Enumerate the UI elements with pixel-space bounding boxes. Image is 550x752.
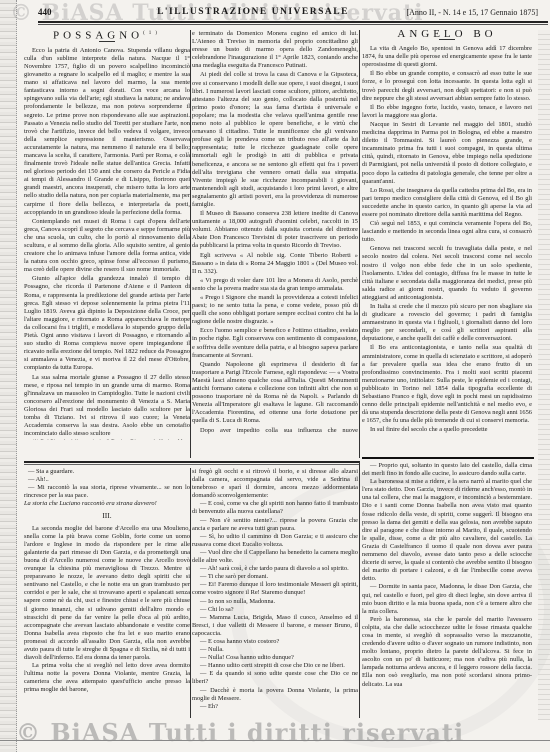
paragraph: Dopo aver impedito colla sua influenza c…: [192, 427, 358, 436]
paragraph: La baronessa si mise a ridere, e la sera…: [362, 478, 532, 583]
dialogue-line: — Ah!..: [24, 476, 190, 484]
dialogue-line: — Vuol dire che il Cappellano ha benedet…: [192, 549, 358, 565]
feuilleton-column-3: — Proprio qui, soltanto in questo lato d…: [362, 462, 532, 718]
paragraph: Ai piedi del colle si trova la casa di C…: [192, 71, 358, 209]
paragraph: Ciò seguì nel 1853, e qui comincia veram…: [362, 220, 532, 244]
dialogue-line: — Proprio qui, soltanto in questo lato d…: [362, 462, 532, 478]
article-title: ANGELO BO: [362, 30, 532, 38]
feuilleton-divider-right: [362, 457, 534, 459]
feuilleton-divider: [24, 461, 360, 463]
paragraph: Ecco la patria di Antonio Canova. Stupen…: [24, 47, 190, 217]
paragraph: Però la baronessa, sia che le parole del…: [362, 616, 532, 689]
chapter-number: III.: [24, 512, 190, 520]
column-rule: [359, 462, 360, 718]
dialogue-line: — Nulla.: [192, 646, 358, 654]
dialogue-line: — Sta a guardare.: [24, 468, 190, 476]
dialogue-line: — E così, come va che gli spiriti non ha…: [192, 500, 358, 516]
page-bottom-edge: [0, 740, 550, 741]
dialogue-line: — Dacchè è morta la povera Donna Violant…: [192, 687, 358, 703]
paragraph: Ecco l'uomo semplice e benefico e l'otti…: [192, 327, 358, 359]
paragraph: « Prego i Signore che mandi la provviden…: [192, 294, 358, 326]
dialogue-line: — E cosa hanno visto costoro?: [192, 638, 358, 646]
book-binding-edge: [0, 0, 17, 752]
dialogue-line: — Nulla! Cosa hanno udito dunque?: [192, 654, 358, 662]
paragraph: Il Museo di Bassano conserva 238 lettere…: [192, 210, 358, 250]
dialogue-line: — Non s'è sentito niente?... riprese la …: [192, 517, 358, 533]
paragraph: Giunto all'apice della grandezza innalzò…: [24, 275, 190, 372]
paragraph: Lo Rossi, che insegnava da quella catted…: [362, 187, 532, 219]
dialogue-line: — Mi raccontò la sua storia, riprese viv…: [24, 484, 190, 500]
paragraph: Genova nei trascorsi secoli fu travaglia…: [362, 245, 532, 302]
paragraph: e terminato da Domenico Monera cugino ed…: [192, 30, 358, 70]
page-number: 440: [38, 7, 78, 17]
masthead: L'ILLUSTRAZIONE UNIVERSALE: [78, 7, 388, 17]
footnote: (1) Dal Ricordo della provincia di Trevi…: [24, 439, 190, 440]
paragraph: Il Bo ebbe ingegno forte, lucido, vasto,…: [362, 104, 532, 120]
header-rule-thin: [38, 24, 548, 25]
feuilleton-column-1: — Sta a guardare. — Ah!.. — Mi raccontò …: [24, 468, 190, 718]
paragraph: « Vi prego di voler dare 101 lire a Mone…: [192, 277, 358, 293]
article-title: POSSAGNO(1): [24, 30, 190, 40]
dialogue-line: — Chi lo sa?: [192, 606, 358, 614]
dialogue-line: — Ah! sarà così, è che tardo paura di di…: [192, 565, 358, 573]
article-possagno-continued: e terminato da Domenico Monera cugino ed…: [192, 30, 358, 435]
article-angelo-bo: ANGELO BO La vita di Angelo Bo, spentosi…: [362, 30, 532, 454]
paragraph: Egli scriveva « Al nobile sig. Conte Tib…: [192, 252, 358, 276]
dialogue-line: — Ei! Faremo dunque il loro testimoniale…: [192, 581, 358, 597]
paragraph: La sua salma mortale giunse a Possagno i…: [24, 374, 190, 439]
watermark: © BiASA Tutti i diritti riservati: [16, 718, 464, 747]
paragraph: La vita di Angelo Bo, spentosi in Genova…: [362, 45, 532, 69]
dialogue-line: — Hanno udito certi strepiti di cose che…: [192, 662, 358, 670]
dialogue-line: — Sì, ho udito il cammino di Don Garzia;…: [192, 533, 358, 549]
dialogue-line: — Io non so nulla, Madonna.: [192, 598, 358, 606]
feuilleton-column-2: si fregò gli occhi e si ritrovò il borio…: [192, 468, 358, 708]
dialogue-line: — Ti che sarò per domani.: [192, 573, 358, 581]
narration-line: La storia che Luciano raccontò era stran…: [24, 500, 190, 508]
paragraph: Contemplando nei musei di Roma i capi d'…: [24, 218, 190, 275]
dialogue-line: — E da quando si sono udite queste cose …: [192, 670, 358, 686]
header-rule: [38, 21, 548, 23]
column-rule: [190, 468, 191, 718]
page-header: 440 L'ILLUSTRAZIONE UNIVERSALE [Anno II,…: [38, 5, 538, 19]
feuilleton-divider-thin: [24, 464, 360, 465]
paragraph: Quando Napoleone gli esprimeva il deside…: [192, 361, 358, 426]
dialogue-line: — Mamma Lucia, Brigida, Maso il cuoco, A…: [192, 614, 358, 638]
article-possagno: POSSAGNO(1) Ecco la patria di Antonio Ca…: [24, 30, 190, 440]
dialogue-line: — Dormite in santa pace, Madonna, le dis…: [362, 583, 532, 615]
newspaper-page: © BiASA Tutti i diritti riservati 440 L'…: [0, 0, 550, 752]
paragraph: Il Bo ebbe un grande compito, e consacrò…: [362, 70, 532, 102]
paragraph: In Italia si crede che il mezzo più sicu…: [362, 303, 532, 343]
dialogue-line: — Eh?: [192, 703, 358, 708]
dateline: [Anno II, - N. 14 e 15, 17 Gennaio 1875]: [388, 8, 538, 17]
column-rule: [359, 30, 360, 458]
paragraph: si fregò gli occhi e si ritrovò il borio…: [192, 468, 358, 500]
paragraph: La prima volta che si svegliò nel letto …: [24, 662, 190, 694]
paragraph: Nacque in Sestri di Levante nel maggio d…: [362, 121, 532, 186]
paragraph: La seconda moglie del barone d'Arcello e…: [24, 525, 190, 663]
paragraph: In sul finire del secolo che a quello pr…: [362, 426, 532, 434]
paragraph: Il Bo era anticontagionista, e tanto nel…: [362, 344, 532, 425]
column-rule: [190, 30, 191, 458]
